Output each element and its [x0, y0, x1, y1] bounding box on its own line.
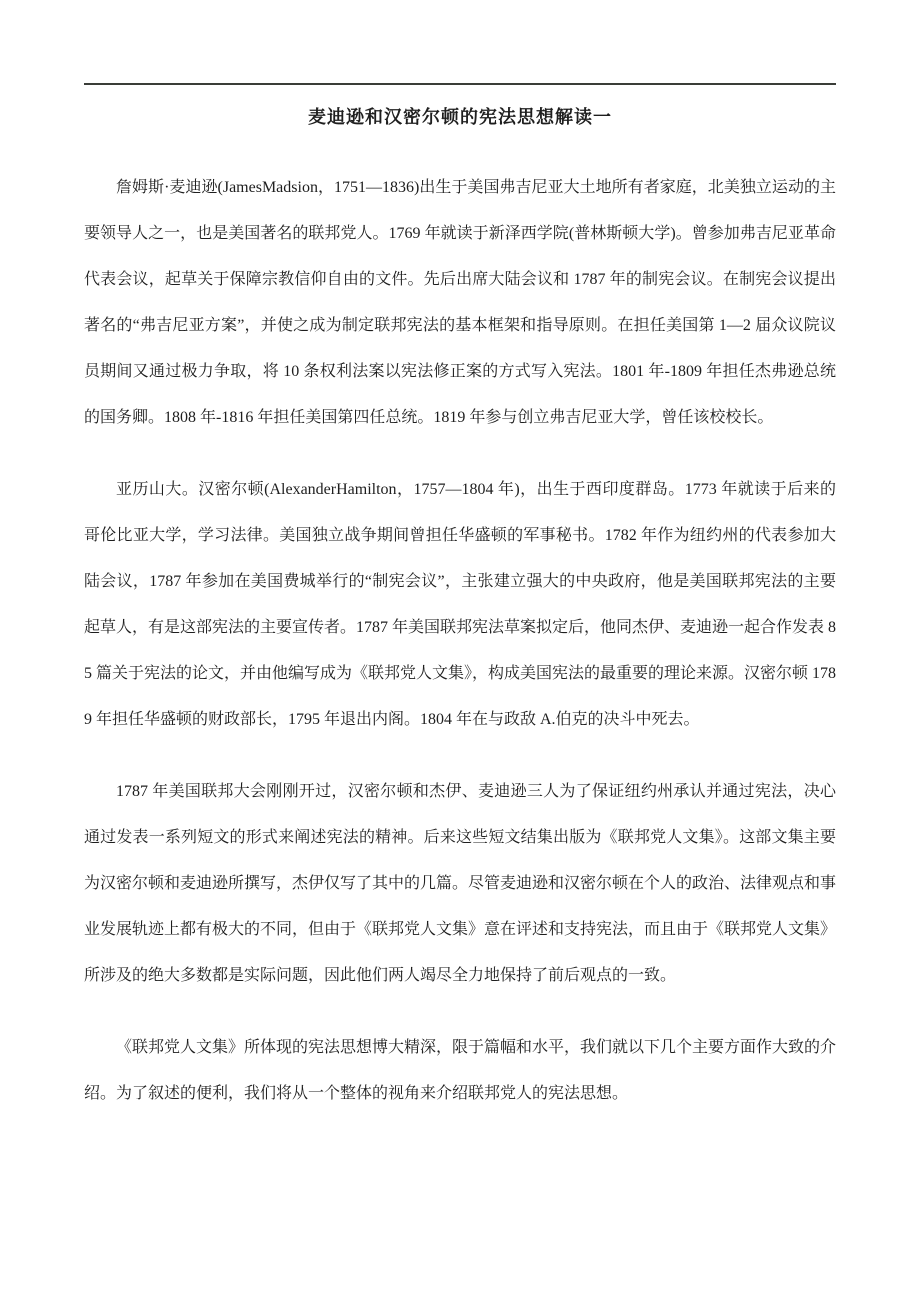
paragraph-introduction-approach: 《联邦党人文集》所体现的宪法思想博大精深，限于篇幅和水平，我们就以下几个主要方面…: [84, 1025, 836, 1117]
document-body: 詹姆斯·麦迪逊(JamesMadsion，1751—1836)出生于美国弗吉尼亚…: [84, 165, 836, 1117]
paragraph-hamilton-biography: 亚历山大。汉密尔顿(AlexanderHamilton，1757—1804 年)…: [84, 467, 836, 743]
header-horizontal-rule: [84, 83, 836, 85]
paragraph-madison-biography: 詹姆斯·麦迪逊(JamesMadsion，1751—1836)出生于美国弗吉尼亚…: [84, 165, 836, 441]
document-title: 麦迪逊和汉密尔顿的宪法思想解读一: [84, 105, 836, 129]
paragraph-federalist-papers-history: 1787 年美国联邦大会刚刚开过，汉密尔顿和杰伊、麦迪逊三人为了保证纽约州承认并…: [84, 769, 836, 999]
document-page: 麦迪逊和汉密尔顿的宪法思想解读一 詹姆斯·麦迪逊(JamesMadsion，17…: [0, 0, 920, 1302]
